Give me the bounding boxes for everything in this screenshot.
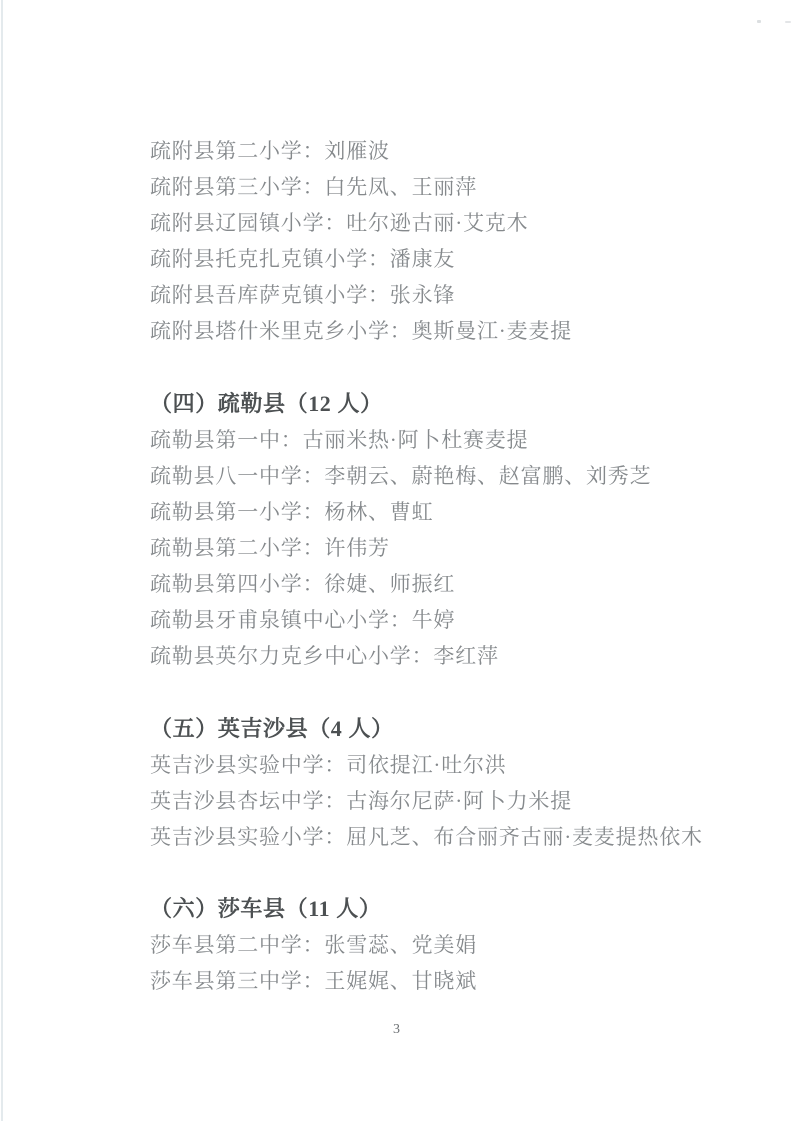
roster-line: 莎车县第三中学：王娓娓、甘晓斌	[150, 963, 750, 999]
roster-line: 疏勒县八一中学：李朝云、蔚艳梅、赵富鹏、刘秀芝	[150, 458, 750, 494]
roster-line: 疏勒县第四小学：徐婕、师振红	[150, 566, 750, 602]
roster-line: 疏勒县英尔力克乡中心小学：李红萍	[150, 638, 750, 674]
section-heading-shache: （六）莎车县（11 人）	[150, 891, 750, 927]
roster-line: 英吉沙县实验小学：屈凡芝、布合丽齐古丽·麦麦提热依木	[150, 819, 750, 855]
roster-line: 疏勒县第一中：古丽米热·阿卜杜赛麦提	[150, 422, 750, 458]
roster-line: 疏附县第三小学：白先凤、王丽萍	[150, 169, 750, 205]
roster-line: 疏勒县第二小学：许伟芳	[150, 530, 750, 566]
section-heading-shule: （四）疏勒县（12 人）	[150, 386, 750, 422]
scan-speck	[785, 21, 791, 23]
scan-speck	[757, 20, 761, 23]
page-number: 3	[0, 1022, 793, 1038]
roster-line: 疏勒县牙甫泉镇中心小学：牛婷	[150, 602, 750, 638]
roster-line: 疏勒县第一小学：杨林、曹虹	[150, 494, 750, 530]
roster-line: 英吉沙县杏坛中学：古海尔尼萨·阿卜力米提	[150, 783, 750, 819]
roster-line: 疏附县托克扎克镇小学：潘康友	[150, 241, 750, 277]
roster-line: 疏附县吾库萨克镇小学：张永锋	[150, 277, 750, 313]
roster-line: 疏附县塔什米里克乡小学：奥斯曼江·麦麦提	[150, 313, 750, 349]
document-body: 疏附县第二小学：刘雁波 疏附县第三小学：白先凤、王丽萍 疏附县辽园镇小学：吐尔逊…	[150, 133, 750, 999]
roster-line: 疏附县辽园镇小学：吐尔逊古丽·艾克木	[150, 205, 750, 241]
section-heading-yingjisha: （五）英吉沙县（4 人）	[150, 711, 750, 747]
roster-line: 莎车县第二中学：张雪蕊、党美娟	[150, 927, 750, 963]
roster-line: 疏附县第二小学：刘雁波	[150, 133, 750, 169]
roster-line: 英吉沙县实验中学：司依提江·吐尔洪	[150, 747, 750, 783]
scan-edge-artifact	[1, 0, 3, 1121]
